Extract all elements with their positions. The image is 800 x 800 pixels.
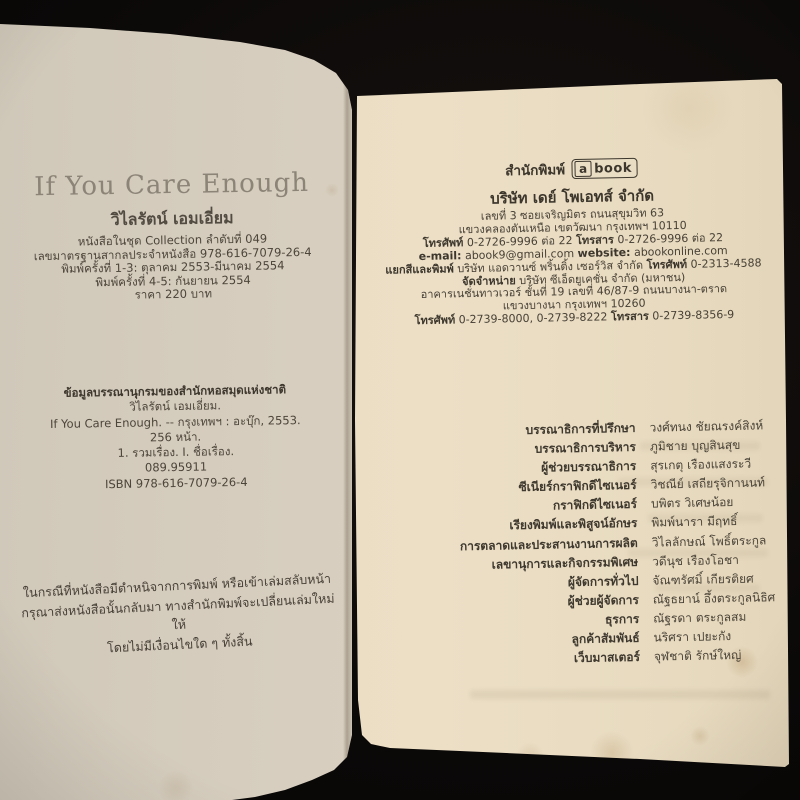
staff-name: พิมพ์นารา มีฤทธิ์ [644, 512, 737, 533]
staff-name: นริศรา เปยะกัง [646, 627, 731, 648]
cataloging-lines: วิไลรัตน์ เอมเอี่ยม.If You Care Enough. … [10, 397, 341, 494]
staff-name: ภูมิชาย บุญสินสุข [643, 436, 741, 457]
book-title: If You Care Enough [6, 167, 336, 202]
publisher-block: สำนักพิมพ์ a book บริษัท เดย์ โพเอทส์ จำ… [391, 155, 752, 213]
abook-logo-book: book [594, 160, 632, 176]
staff-name: จุฬชาติ รักษ์ใหญ่ [647, 646, 742, 667]
left-page-content: If You Care Enough วิไลรัตน์ เอมเอี่ยม ห… [0, 0, 358, 800]
staff-name: บพิตร วิเศษน้อย [644, 493, 734, 514]
staff-name: วิไลลักษณ์ โพธิ์ตระกูล [645, 531, 767, 552]
staff-name: ณัฐธยาน์ อึ้งตระกูลนิธิศ [646, 588, 776, 610]
abook-logo: a book [572, 158, 638, 179]
staff-name: วิชณีย์ เสถียรุจิกานนท์ [643, 474, 765, 495]
publisher-address: เลขที่ 3 ซอยเจริญมิตร ถนนสุขุมวิท 63แขวง… [382, 205, 764, 328]
staff-name: ณัฐรดา ตระกูลสม [646, 608, 746, 629]
book-author: วิไลรัตน์ เอมเอี่ยม [7, 204, 337, 234]
title-block: If You Care Enough วิไลรัตน์ เอมเอี่ยม [6, 167, 337, 234]
abook-logo-a: a [575, 161, 591, 177]
publisher-label: สำนักพิมพ์ [505, 158, 565, 181]
staff-name: สุรเกตุ เรืองแสงระวี [643, 455, 751, 476]
cataloging-info: ข้อมูลบรรณานุกรมของสำนักหอสมุดแห่งชาติ ว… [10, 381, 342, 493]
staff-credits: บรรณาธิการที่ปรึกษาวงศ์ทนง ชัยณรงค์สิงห์… [377, 416, 782, 672]
defect-return-notice: ในกรณีที่หนังสือมีตำหนิจากการพิมพ์ หรือเ… [17, 568, 340, 661]
edition-info: หนังสือในชุด Collection ลำดับที่ 049เลขม… [7, 231, 338, 304]
right-page-content: สำนักพิมพ์ a book บริษัท เดย์ โพเอทส์ จำ… [344, 0, 800, 800]
publisher-line: สำนักพิมพ์ a book [391, 155, 751, 184]
open-book-photo: If You Care Enough วิไลรัตน์ เอมเอี่ยม ห… [0, 0, 800, 800]
staff-name: วงศ์ทนง ชัยณรงค์สิงห์ [642, 416, 763, 437]
staff-name: วดีนุช เรืองโอชา [645, 551, 739, 572]
staff-name: จัณฑรัศมิ์ เกียรติยศ [645, 569, 754, 590]
staff-role: เว็บมาสเตอร์ [382, 648, 647, 672]
